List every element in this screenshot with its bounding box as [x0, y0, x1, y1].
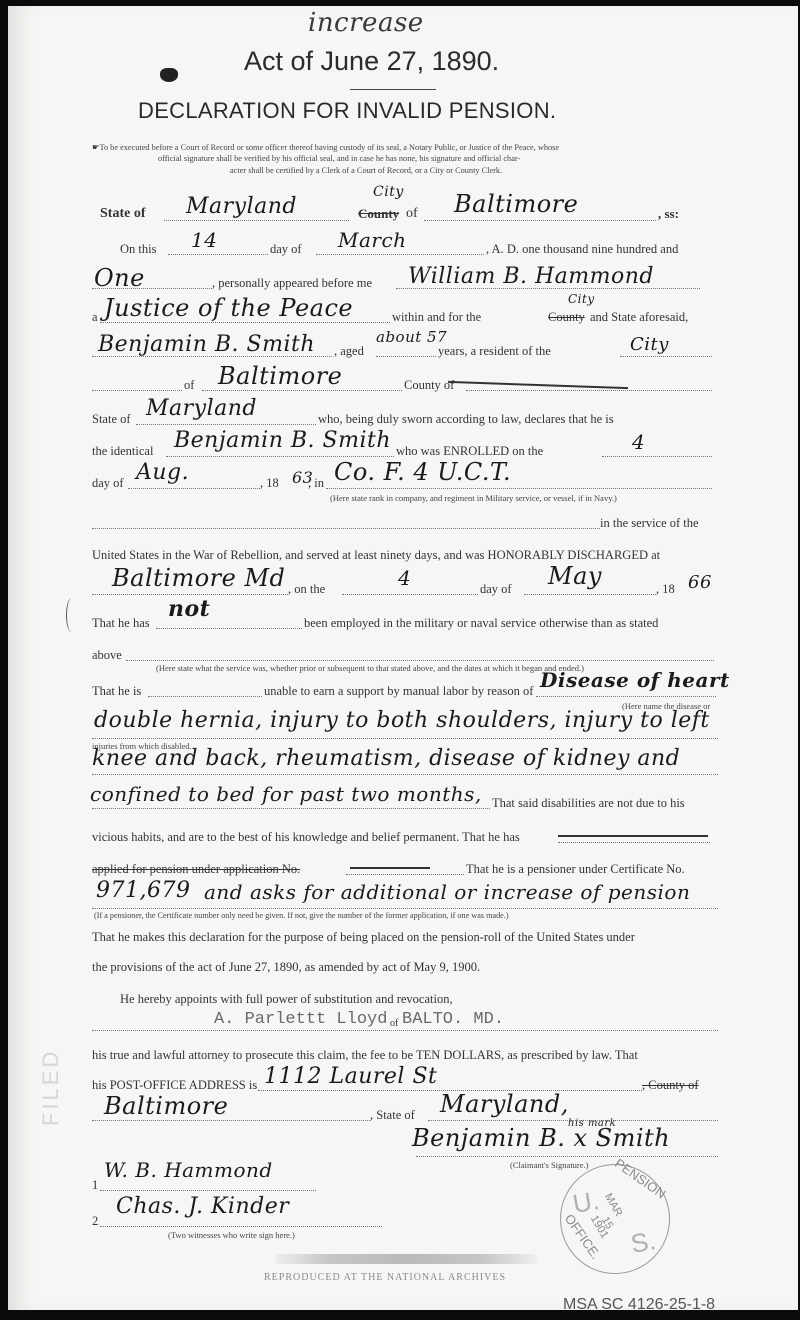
- claimant-mark-note: his mark: [568, 1118, 616, 1129]
- disability-line-3[interactable]: knee and back, rheumatism, disease of ki…: [92, 746, 680, 771]
- month-field[interactable]: March: [338, 228, 407, 252]
- claimant-signature-note: (Claimant's Signature.): [510, 1160, 589, 1170]
- pension-office-stamp: PENSION U. S. MAR 15 1901 OFFICE.: [560, 1164, 670, 1274]
- certificate-number-field[interactable]: 971,679: [96, 878, 190, 903]
- above-label: above: [92, 648, 122, 663]
- witness-1-signature[interactable]: W. B. Hammond: [104, 1158, 273, 1182]
- attorney-name-field[interactable]: A. Parlettt Lloyd: [214, 1010, 387, 1029]
- disability-line-2[interactable]: double hernia, injury to both shoulders,…: [94, 708, 710, 733]
- po-city-field[interactable]: Baltimore: [104, 1092, 228, 1120]
- service-note: (Here state what the service was, whethe…: [156, 663, 584, 673]
- identical-label: the identical: [92, 444, 153, 459]
- county-struck-label-2: County: [548, 310, 585, 325]
- stamp-month: MAR: [602, 1191, 625, 1218]
- makes-declaration-text: That he makes this declaration for the p…: [92, 930, 635, 945]
- ss-label: , ss:: [658, 206, 679, 222]
- on-this-label: On this: [120, 242, 156, 257]
- age-field[interactable]: about 57: [376, 328, 447, 346]
- county-of-struck-label: , County of: [642, 1078, 699, 1093]
- po-address-field[interactable]: 1112 Laurel St: [264, 1064, 437, 1089]
- faded-margin-stamp: FILED: [38, 1049, 64, 1126]
- identical-name-field[interactable]: Benjamin B. Smith: [174, 428, 391, 453]
- eighteen-label: , 18: [260, 476, 279, 491]
- residence-city-field[interactable]: Baltimore: [218, 362, 342, 390]
- county-of-label: County of: [404, 378, 454, 393]
- instruction-line-3: acter shall be certified by a Clerk of a…: [230, 166, 502, 175]
- in-label: , in: [308, 476, 324, 491]
- enrolled-day-field[interactable]: 4: [632, 430, 645, 454]
- of-label: of: [406, 206, 418, 222]
- eighteen-label-2: , 18: [656, 582, 675, 597]
- post-office-label: his POST-OFFICE ADDRESS is: [92, 1078, 257, 1093]
- year-word-field[interactable]: One: [94, 264, 145, 292]
- application-cancel-stroke: [350, 867, 430, 869]
- claimant-signature[interactable]: Benjamin B. x Smith: [412, 1124, 670, 1152]
- claimant-name-field[interactable]: Benjamin B. Smith: [98, 332, 315, 357]
- residence-state-field[interactable]: Maryland: [146, 396, 257, 421]
- archive-reference: MSA SC 4126-25-1-8: [563, 1296, 715, 1314]
- been-employed-text: been employed in the military or naval s…: [304, 616, 658, 631]
- increase-annotation: increase: [308, 8, 424, 38]
- vicious-habits-text: vicious habits, and are to the best of h…: [92, 830, 520, 845]
- on-the-label: , on the: [288, 582, 325, 597]
- attorney-of-label: of: [390, 1018, 398, 1029]
- aged-label: , aged: [334, 344, 364, 359]
- discharged-month-field[interactable]: May: [548, 562, 602, 590]
- instruction-line-2: official signature shall be verified by …: [158, 154, 520, 163]
- archive-smudge: [274, 1254, 538, 1264]
- duly-sworn-text: who, being duly sworn according to law, …: [318, 412, 614, 427]
- attorney-location-field[interactable]: BALTO. MD.: [402, 1010, 504, 1029]
- ad-text: , A. D. one thousand nine hundred and: [486, 242, 678, 257]
- not-due-text: That said disabilities are not due to hi…: [492, 796, 685, 811]
- disability-line-1[interactable]: Disease of heart: [540, 668, 730, 692]
- form-title: DECLARATION FOR INVALID PENSION.: [138, 98, 556, 124]
- county-struck-label: County: [358, 206, 399, 222]
- provisions-text: the provisions of the act of June 27, 18…: [92, 960, 480, 975]
- personally-appeared-label: , personally appeared before me: [212, 276, 372, 291]
- act-title: Act of June 27, 1890.: [244, 46, 499, 77]
- that-he-has-label: That he has: [92, 616, 150, 631]
- hereby-appoints-text: He hereby appoints with full power of su…: [120, 992, 453, 1007]
- stamp-right-text: S.: [628, 1225, 658, 1260]
- employed-field[interactable]: not: [168, 596, 210, 622]
- rank-note: (Here state rank in company, and regimen…: [330, 493, 617, 503]
- war-of-rebellion-text: United States in the War of Rebellion, a…: [92, 548, 660, 563]
- day-of-label: day of: [270, 242, 302, 257]
- state-of-label-3: , State of: [370, 1108, 415, 1123]
- city-inserted-label-2: City: [568, 292, 595, 306]
- state-of-label: State of: [100, 206, 146, 222]
- regiment-field[interactable]: Co. F. 4 U.C.T.: [334, 458, 511, 486]
- day-of-label-3: day of: [480, 582, 512, 597]
- county-city-field[interactable]: Baltimore: [454, 190, 578, 218]
- witness-1-number: 1: [92, 1178, 98, 1193]
- within-and-for-label: within and for the: [392, 310, 481, 325]
- county-cancel-stroke: [448, 381, 628, 389]
- applied-struck-text: applied for pension under application No…: [92, 862, 300, 877]
- discharged-year-field[interactable]: 66: [688, 572, 712, 593]
- has-cancel-stroke: [558, 835, 708, 837]
- resident-of-field[interactable]: City: [630, 334, 669, 355]
- stamp-top-text: PENSION: [612, 1156, 669, 1202]
- state-of-label-2: State of: [92, 412, 131, 427]
- years-resident-label: years, a resident of the: [438, 344, 551, 359]
- discharged-day-field[interactable]: 4: [398, 566, 411, 590]
- enrolled-month-field[interactable]: Aug.: [136, 460, 189, 485]
- po-state-field[interactable]: Maryland,: [440, 1090, 569, 1118]
- of-label-2: of: [184, 378, 194, 393]
- instruction-line-1: ☛To be executed before a Court of Record…: [92, 142, 559, 152]
- witness-note: (Two witnesses who write sign here.): [168, 1230, 295, 1240]
- in-service-label: in the service of the: [600, 516, 699, 531]
- witness-2-signature[interactable]: Chas. J. Kinder: [116, 1194, 289, 1219]
- that-he-is-label: That he is: [92, 684, 141, 699]
- state-aforesaid-label: and State aforesaid,: [590, 310, 688, 325]
- a-label: a: [92, 310, 98, 325]
- day-of-label-2: day of: [92, 476, 124, 491]
- true-lawful-text: his true and lawful attorney to prosecut…: [92, 1048, 638, 1063]
- certificate-remark-field[interactable]: and asks for additional or increase of p…: [204, 880, 690, 904]
- unable-to-earn-text: unable to earn a support by manual labor…: [264, 684, 533, 699]
- witness-2-number: 2: [92, 1214, 98, 1229]
- ink-blot-mark: [160, 68, 178, 82]
- certificate-note: (If a pensioner, the Certificate number …: [94, 911, 509, 920]
- city-inserted-label: City: [373, 184, 404, 200]
- title-divider: [350, 89, 436, 90]
- pensioner-cert-text: That he is a pensioner under Certificate…: [466, 862, 685, 877]
- disability-line-4[interactable]: confined to bed for past two months,: [90, 782, 482, 806]
- officer-name-field[interactable]: William B. Hammond: [408, 264, 654, 289]
- discharged-at-field[interactable]: Baltimore Md: [112, 564, 285, 592]
- enrolled-label: who was ENROLLED on the: [396, 444, 543, 459]
- officer-title-field[interactable]: Justice of the Peace: [104, 294, 353, 322]
- state-field[interactable]: Maryland: [186, 194, 297, 219]
- day-field[interactable]: 14: [191, 228, 217, 252]
- reproduced-notice: REPRODUCED AT THE NATIONAL ARCHIVES: [264, 1272, 506, 1283]
- margin-bracket-mark: [66, 598, 77, 632]
- pension-declaration-page: increase Act of June 27, 1890. DECLARATI…: [8, 6, 798, 1310]
